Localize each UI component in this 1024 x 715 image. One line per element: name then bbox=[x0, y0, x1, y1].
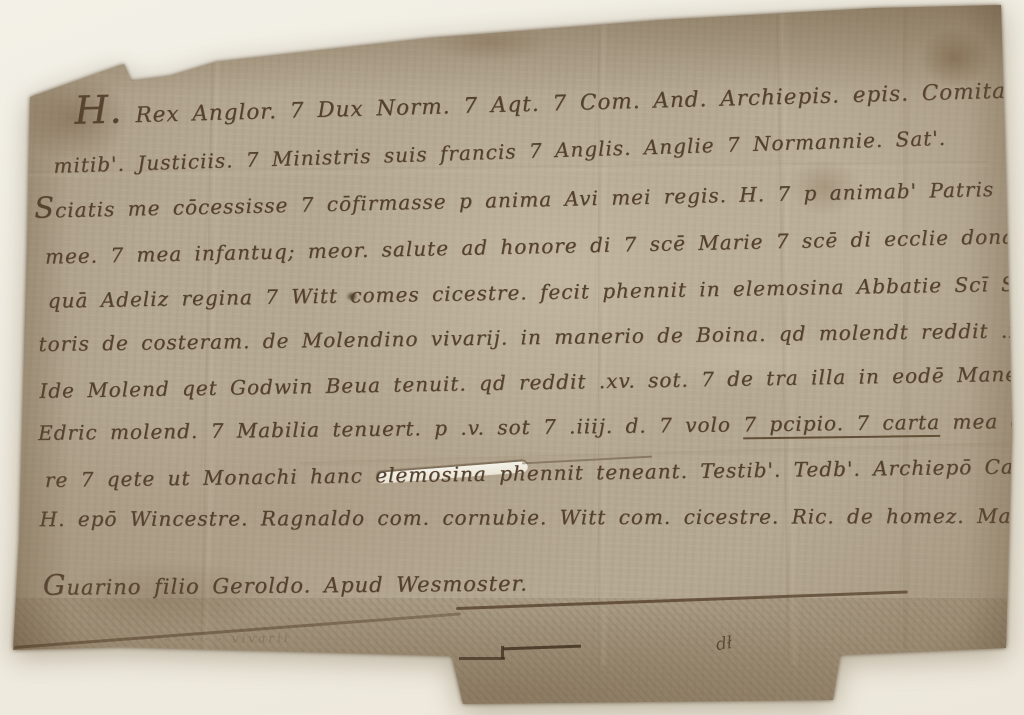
photo-background: H. Rex Anglor. 7 Dux Norm. 7 Aqt. 7 Com.… bbox=[0, 0, 1024, 715]
parchment-wrapper: H. Rex Anglor. 7 Dux Norm. 7 Aqt. 7 Com.… bbox=[0, 0, 1024, 715]
edge-vignette bbox=[0, 0, 1024, 715]
parchment-charter: H. Rex Anglor. 7 Dux Norm. 7 Aqt. 7 Com.… bbox=[0, 0, 1024, 715]
